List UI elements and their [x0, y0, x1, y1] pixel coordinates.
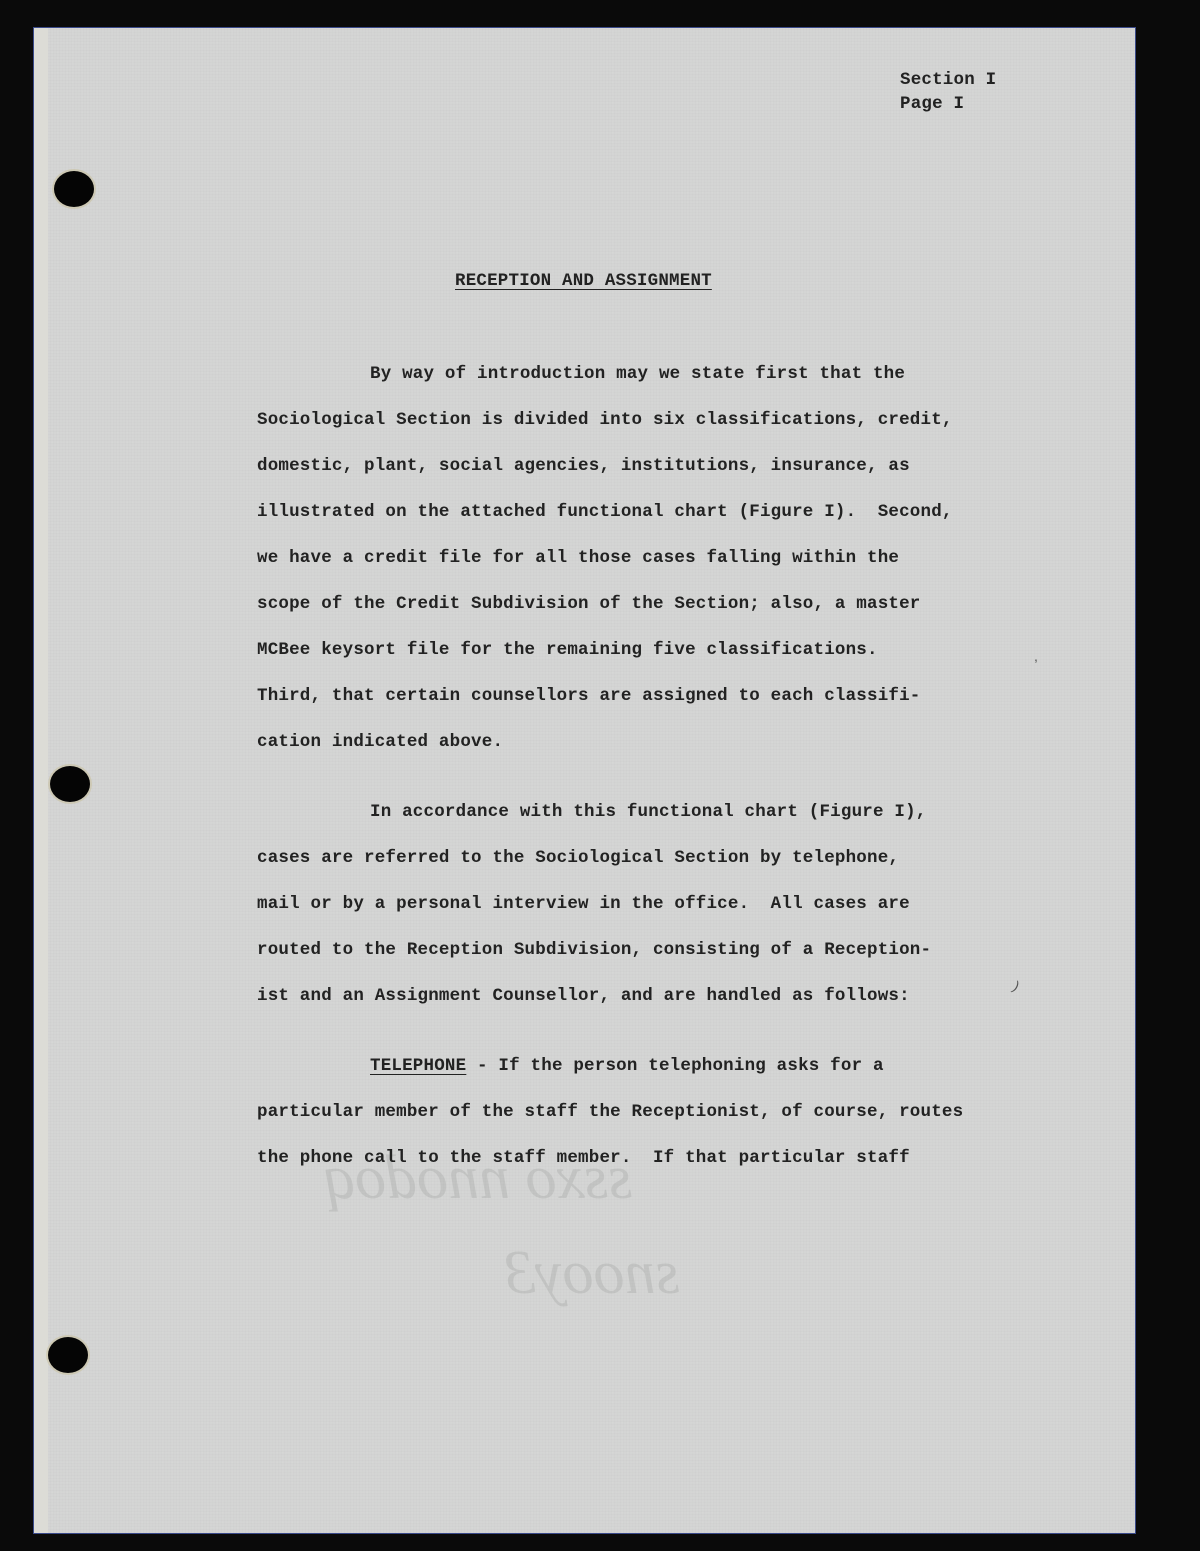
text-line: scope of the Credit Subdivision of the S…	[257, 581, 1057, 627]
paragraph-introduction: By way of introduction may we state firs…	[257, 351, 1057, 765]
text-line: mail or by a personal interview in the o…	[257, 881, 1057, 927]
margin-comma-mark: ,	[1034, 648, 1038, 664]
paragraph-functional-chart: In accordance with this functional chart…	[257, 789, 1057, 1019]
text-line: the phone call to the staff member. If t…	[257, 1135, 1057, 1181]
text-line: illustrated on the attached functional c…	[257, 489, 1057, 535]
text-line: we have a credit file for all those case…	[257, 535, 1057, 581]
punch-hole-bottom	[48, 1337, 88, 1373]
punch-hole-top	[54, 171, 94, 207]
punch-hole-middle	[50, 766, 90, 802]
text-line: MCBee keysort file for the remaining fiv…	[257, 627, 1057, 673]
text-line: Third, that certain counsellors are assi…	[257, 673, 1057, 719]
bleed-through-text-2: snooy3	[504, 1238, 680, 1309]
document-title: RECEPTION AND ASSIGNMENT	[455, 271, 712, 291]
telephone-heading: TELEPHONE	[370, 1056, 466, 1076]
page-edge	[34, 28, 48, 1533]
paragraph-telephone: TELEPHONE - If the person telephoning as…	[257, 1043, 1057, 1181]
telephone-first-line: - If the person telephoning asks for a	[466, 1056, 883, 1076]
page-header: Section I Page I	[900, 68, 996, 116]
text-line: cation indicated above.	[257, 719, 1057, 765]
text-line: ist and an Assignment Counsellor, and ar…	[257, 973, 1057, 1019]
text-line: TELEPHONE - If the person telephoning as…	[257, 1043, 1057, 1089]
page-label: Page I	[900, 92, 996, 116]
text-line: domestic, plant, social agencies, instit…	[257, 443, 1057, 489]
text-line: routed to the Reception Subdivision, con…	[257, 927, 1057, 973]
text-line: particular member of the staff the Recep…	[257, 1089, 1057, 1135]
text-line: cases are referred to the Sociological S…	[257, 835, 1057, 881]
text-line: Sociological Section is divided into six…	[257, 397, 1057, 443]
section-label: Section I	[900, 68, 996, 92]
document-page: ssxo nnodoq snooy3 Section I Page I RECE…	[34, 28, 1135, 1533]
text-line: In accordance with this functional chart…	[257, 789, 1057, 835]
text-line: By way of introduction may we state firs…	[257, 351, 1057, 397]
